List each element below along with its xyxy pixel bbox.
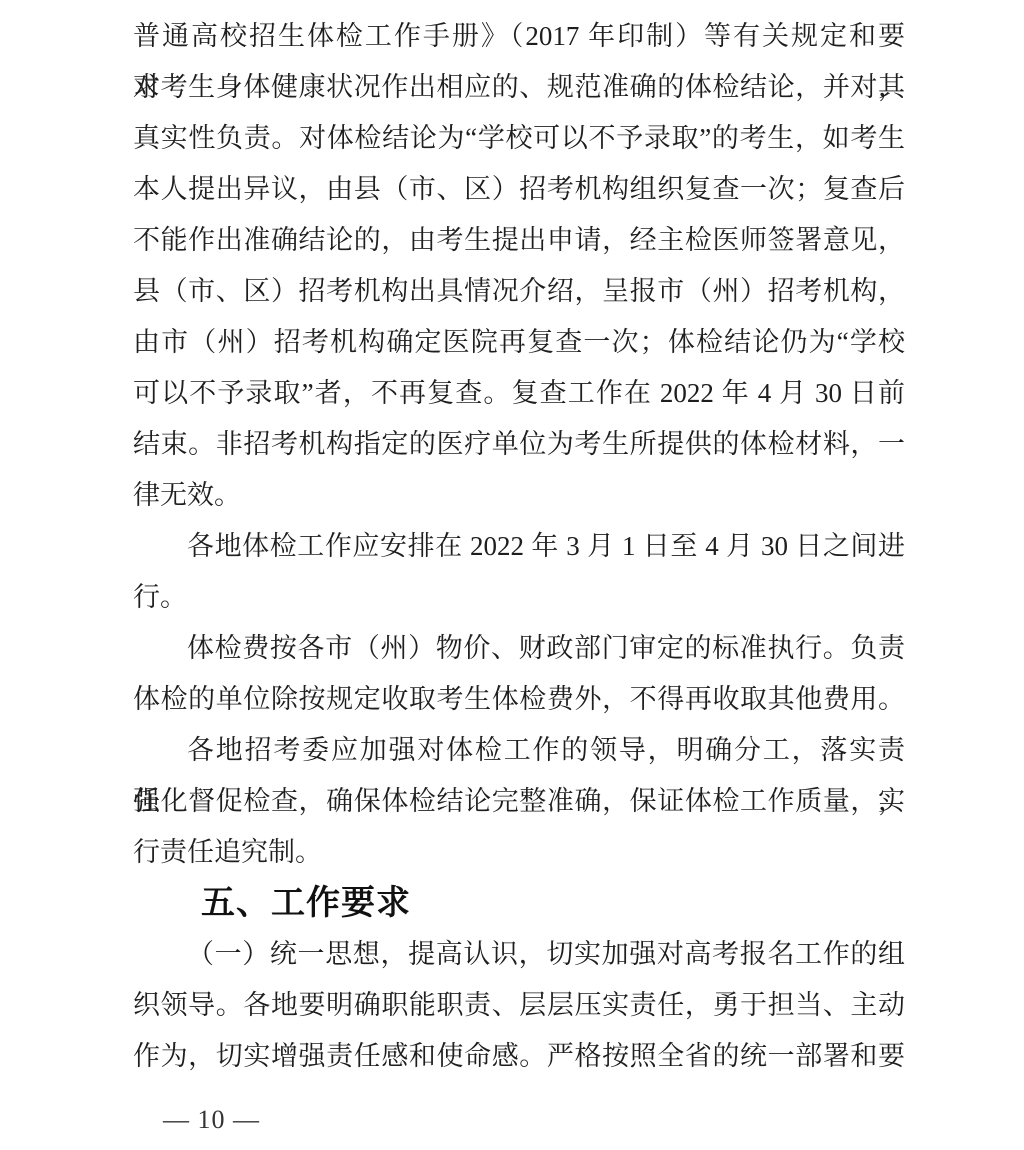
text-line: （一）统一思想，提高认识，切实加强对高考报名工作的组 (133, 929, 905, 980)
text-line: 行责任追究制。 (133, 827, 905, 878)
text-line: 真实性负责。对体检结论为“学校可以不予录取”的考生，如考生 (133, 113, 905, 164)
page-number: — 10 — (133, 1104, 905, 1136)
text-line: 由市（州）招考机构确定医院再复查一次；体检结论仍为“学校 (133, 317, 905, 368)
text-line: 体检费按各市（州）物价、财政部门审定的标准执行。负责 (133, 623, 905, 674)
text-line: 作为，切实增强责任感和使命感。严格按照全省的统一部署和要 (133, 1031, 905, 1082)
text-line: 行。 (133, 572, 905, 623)
text-line: 织领导。各地要明确职能职责、层层压实责任，勇于担当、主动 (133, 980, 905, 1031)
text-line: 律无效。 (133, 470, 905, 521)
text-line: 各地体检工作应安排在 2022 年 3 月 1 日至 4 月 30 日之间进 (133, 521, 905, 572)
text-line: 县（市、区）招考机构出具情况介绍，呈报市（州）招考机构， (133, 266, 905, 317)
text-line: 强化督促检查，确保体检结论完整准确，保证体检工作质量，实 (133, 776, 905, 827)
document-page: 普通高校招生体检工作手册》（2017 年印制）等有关规定和要求， 对考生身体健康… (0, 0, 1024, 1150)
section-heading: 五、工作要求 (133, 878, 905, 929)
text-line: 不能作出准确结论的，由考生提出申请，经主检医师签署意见， (133, 215, 905, 266)
text-line: 各地招考委应加强对体检工作的领导，明确分工，落实责任， (133, 725, 905, 776)
text-line: 对考生身体健康状况作出相应的、规范准确的体检结论，并对其 (133, 62, 905, 113)
text-line: 普通高校招生体检工作手册》（2017 年印制）等有关规定和要求， (133, 11, 905, 62)
text-line: 本人提出异议，由县（市、区）招考机构组织复查一次；复查后 (133, 164, 905, 215)
text-line: 结束。非招考机构指定的医疗单位为考生所提供的体检材料，一 (133, 419, 905, 470)
text-line: 可以不予录取”者，不再复查。复查工作在 2022 年 4 月 30 日前 (133, 368, 905, 419)
text-line: 体检的单位除按规定收取考生体检费外，不得再收取其他费用。 (133, 674, 905, 725)
